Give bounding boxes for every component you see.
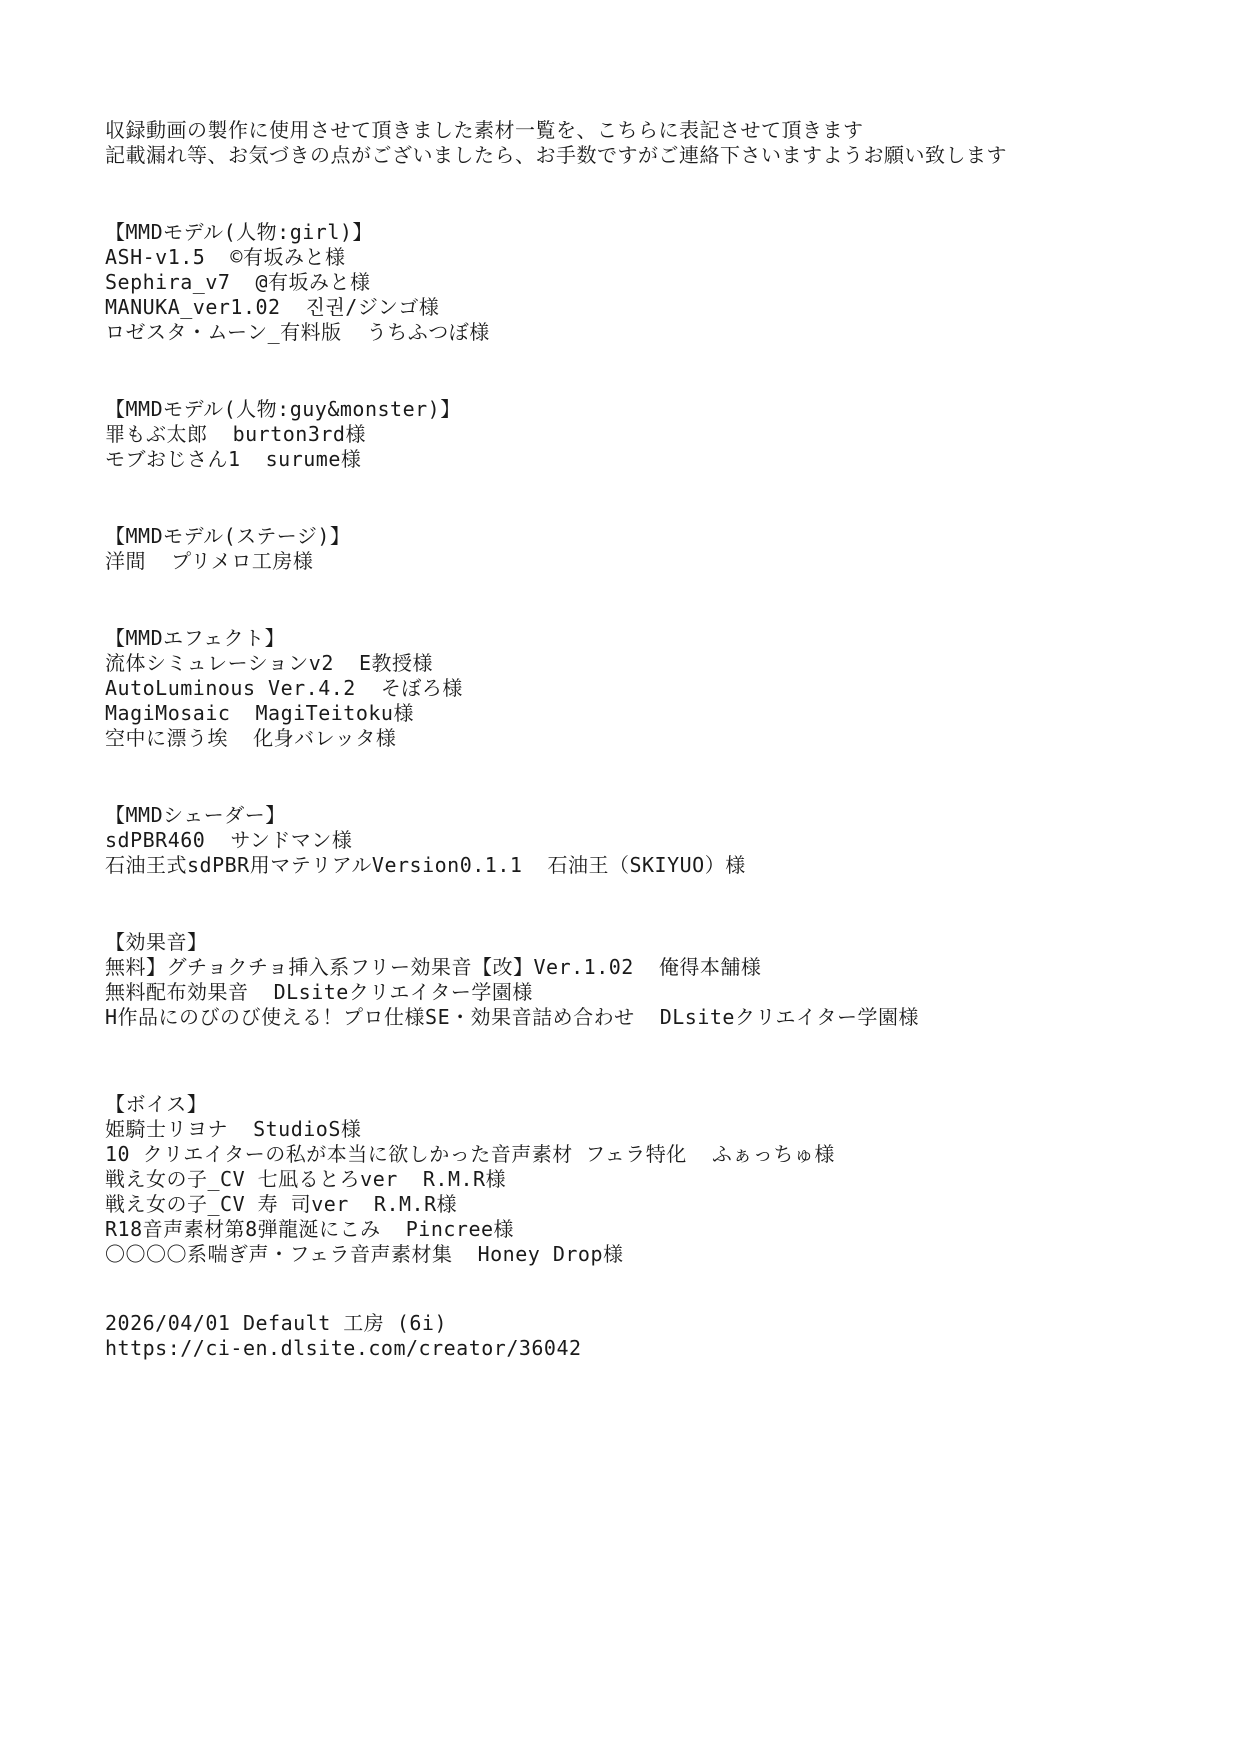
credit-line: 〇〇〇〇系喘ぎ声・フェラ音声素材集 Honey Drop様 [105, 1242, 1197, 1267]
credit-line: AutoLuminous Ver.4.2 そぼろ様 [105, 676, 1197, 701]
credit-line: 戦え女の子_CV 寿 司ver R.M.R様 [105, 1192, 1197, 1217]
credit-line: 空中に漂う埃 化身バレッタ様 [105, 726, 1197, 751]
creator-url-text: https://ci-en.dlsite.com/creator/36042 [105, 1336, 1197, 1361]
intro-line: 記載漏れ等、お気づきの点がございましたら、お手数ですがご連絡下さいますようお願い… [105, 143, 1197, 168]
credit-section: 【MMDシェーダー】sdPBR460 サンドマン様石油王式sdPBR用マテリアル… [105, 803, 1197, 878]
intro-line: 収録動画の製作に使用させて頂きました素材一覧を、こちらに表記させて頂きます [105, 118, 1197, 143]
credit-line: 流体シミュレーションv2 E教授様 [105, 651, 1197, 676]
credit-line: 戦え女の子_CV 七凪るとろver R.M.R様 [105, 1167, 1197, 1192]
credit-line: 無料配布効果音 DLsiteクリエイター学園様 [105, 980, 1197, 1005]
section-heading: 【MMDモデル(ステージ)】 [105, 524, 1197, 549]
credit-section: 【MMDモデル(人物:guy&monster)】罪もぶ太郎 burton3rd様… [105, 397, 1197, 472]
credit-line: MANUKA_ver1.02 진권/ジンゴ様 [105, 295, 1197, 320]
credit-section: 【効果音】無料】グチョクチョ挿入系フリー効果音【改】Ver.1.02 俺得本舗様… [105, 930, 1197, 1030]
section-heading: 【MMDシェーダー】 [105, 803, 1197, 828]
credit-line: 無料】グチョクチョ挿入系フリー効果音【改】Ver.1.02 俺得本舗様 [105, 955, 1197, 980]
credit-section: 【MMDモデル(ステージ)】洋間 プリメロ工房様 [105, 524, 1197, 574]
credit-section: 【MMDエフェクト】流体シミュレーションv2 E教授様AutoLuminous … [105, 626, 1197, 751]
credit-line: Sephira_v7 @有坂みと様 [105, 270, 1197, 295]
credit-line: 罪もぶ太郎 burton3rd様 [105, 422, 1197, 447]
credit-line: sdPBR460 サンドマン様 [105, 828, 1197, 853]
credit-line: ASH-v1.5 ©有坂みと様 [105, 245, 1197, 270]
credit-line: R18音声素材第8弾龍涎にこみ Pincree様 [105, 1217, 1197, 1242]
credit-line: H作品にのびのび使える！プロ仕様SE・効果音詰め合わせ DLsiteクリエイター… [105, 1005, 1197, 1030]
credit-line: 洋間 プリメロ工房様 [105, 549, 1197, 574]
section-heading: 【MMDモデル(人物:girl)】 [105, 220, 1197, 245]
section-heading: 【MMDエフェクト】 [105, 626, 1197, 651]
credit-section: 【ボイス】姫騎士リヨナ StudioS様10 クリエイターの私が本当に欲しかった… [105, 1092, 1197, 1267]
credit-line: モブおじさん1 surume様 [105, 447, 1197, 472]
intro-paragraph: 収録動画の製作に使用させて頂きました素材一覧を、こちらに表記させて頂きます記載漏… [105, 118, 1197, 168]
credit-line: 石油王式sdPBR用マテリアルVersion0.1.1 石油王（SKIYUO）様 [105, 853, 1197, 878]
credits-page: 収録動画の製作に使用させて頂きました素材一覧を、こちらに表記させて頂きます記載漏… [105, 118, 1197, 1361]
credit-line: MagiMosaic MagiTeitoku様 [105, 701, 1197, 726]
footer-line: 2026/04/01 Default 工房 (6i) [105, 1311, 1197, 1336]
credit-line: 姫騎士リヨナ StudioS様 [105, 1117, 1197, 1142]
section-heading: 【ボイス】 [105, 1092, 1197, 1117]
section-heading: 【効果音】 [105, 930, 1197, 955]
footer-block: 2026/04/01 Default 工房 (6i)https://ci-en.… [105, 1311, 1197, 1361]
credit-section: 【MMDモデル(人物:girl)】ASH-v1.5 ©有坂みと様Sephira_… [105, 220, 1197, 345]
credit-line: ロゼスタ・ムーン_有料版 うちふつぼ様 [105, 320, 1197, 345]
credit-line: 10 クリエイターの私が本当に欲しかった音声素材 フェラ特化 ふぁっちゅ様 [105, 1142, 1197, 1167]
sections-container: 【MMDモデル(人物:girl)】ASH-v1.5 ©有坂みと様Sephira_… [105, 220, 1197, 1267]
section-heading: 【MMDモデル(人物:guy&monster)】 [105, 397, 1197, 422]
